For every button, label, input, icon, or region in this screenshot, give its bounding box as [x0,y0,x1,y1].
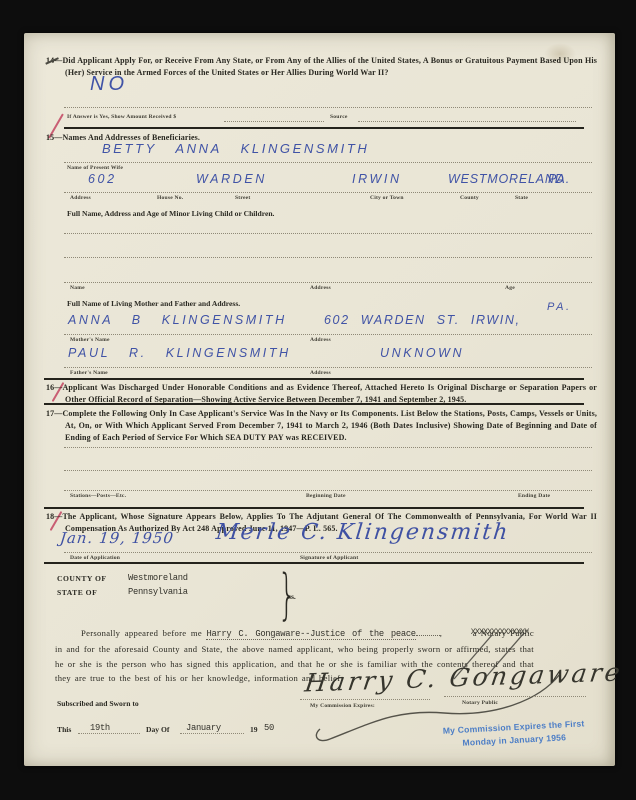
struck-notary-public: a Notary PublicXXXXXXXXXXXXXX [447,626,534,641]
divider-rule [44,378,584,380]
child-blank-3 [64,282,592,283]
state-handwritten: PA. [548,172,570,186]
month-blank [180,733,244,734]
street-label: Street [235,195,250,201]
signature-of-applicant-label: Signature of Applicant [300,555,358,561]
x-overstrike: XXXXXXXXXXXXXX [445,625,529,639]
father-line [64,367,592,368]
county-of-label: COUNTY OF [57,574,107,583]
parents-label: Full Name of Living Mother and Father an… [67,299,240,308]
mother-name-handwritten: ANNA B KLINGENSMITH [68,313,287,327]
address-line [64,192,592,193]
service-blank-1 [64,447,592,448]
section-14-heading: 14—Did Applicant Apply For, or Receive F… [46,55,597,79]
commission-expires-label: My Commission Expires: [310,703,375,709]
father-address-label: Address [310,370,331,376]
section-17-heading: 17—Complete the Following Only In Case A… [46,408,597,444]
notary-public-label: Notary Public [462,700,498,706]
day-of-label: Day Of [146,725,169,734]
amount-received-label: If Answer is Yes, Show Amount Received $ [67,114,176,120]
children-label: Full Name, Address and Age of Minor Livi… [67,209,274,218]
ss-label: ss. [288,592,296,601]
this-label: This [57,725,71,734]
father-address-handwritten: UNKNOWN [380,346,464,360]
date-of-application-label: Date of Application [70,555,120,561]
father-name-handwritten: PAUL R. KLINGENSMITH [68,346,291,360]
beginning-date-col: Beginning Date [306,493,346,499]
month-typed: January [186,723,221,733]
notary-paragraph-start: Personally appeared before me [81,628,202,638]
year-prefix-label: 19 [250,725,258,734]
notary-officer-typed: Harry C. Gongaware--Justice of the peace [206,629,415,640]
county-label: County [460,195,479,201]
state-label: State [515,195,528,201]
mother-address-label: Address [310,337,331,343]
county-typed: Westmoreland [128,573,188,583]
mother-line [64,334,592,335]
commission-line [300,699,430,700]
source-blank [358,121,576,122]
answer-no-handwritten: NO [90,73,128,96]
divider-rule [44,562,584,564]
wife-name-handwritten: BETTY ANNA KLINGENSMITH [102,141,369,156]
address-label: Address [70,195,91,201]
house-no-handwritten: 602 [88,172,117,186]
child-address-col: Address [310,285,331,291]
commission-stamp: My Commission Expires the First Monday i… [421,716,606,752]
applicant-signature: Merle C. Klingensmith [215,520,511,545]
stations-col: Stations—Posts—Etc. [70,493,126,499]
state-of-label: STATE OF [57,588,97,597]
divider-rule [64,127,584,129]
comma: , [440,628,442,638]
application-date-handwritten: Jan. 19, 1950 [59,529,175,547]
scanned-document: 14—Did Applicant Apply For, or Receive F… [0,0,636,800]
subscribed-label: Subscribed and Sworn to [57,699,139,708]
child-age-col: Age [505,285,515,291]
answer-blank-line [64,107,592,108]
source-label: Source [330,114,348,120]
document-page: 14—Did Applicant Apply For, or Receive F… [24,33,615,766]
leader-dots [416,627,440,636]
day-typed: 19th [90,723,110,733]
divider-rule [44,507,584,509]
street-handwritten: WARDEN [196,172,267,186]
mother-address-overflow: PA. [547,301,572,313]
house-no-label: House No. [157,195,183,201]
signature-line [64,552,592,553]
notary-public-line [444,696,586,697]
wife-name-line [64,162,592,163]
child-blank-1 [64,233,592,234]
amount-blank [224,121,324,122]
father-name-label: Father's Name [70,370,108,376]
divider-rule [44,403,584,405]
wife-name-label: Name of Present Wife [67,165,123,171]
day-blank [78,733,140,734]
child-blank-2 [64,257,592,258]
city-label: City or Town [370,195,404,201]
year-typed: 50 [264,723,274,733]
ending-date-col: Ending Date [518,493,550,499]
service-blank-3 [64,490,592,491]
mother-name-label: Mother's Name [70,337,110,343]
state-typed: Pennsylvania [128,587,188,597]
child-name-col: Name [70,285,85,291]
service-blank-2 [64,470,592,471]
city-handwritten: IRWIN [352,172,402,186]
mother-address-handwritten: 602 WARDEN ST. IRWIN, [324,313,521,327]
